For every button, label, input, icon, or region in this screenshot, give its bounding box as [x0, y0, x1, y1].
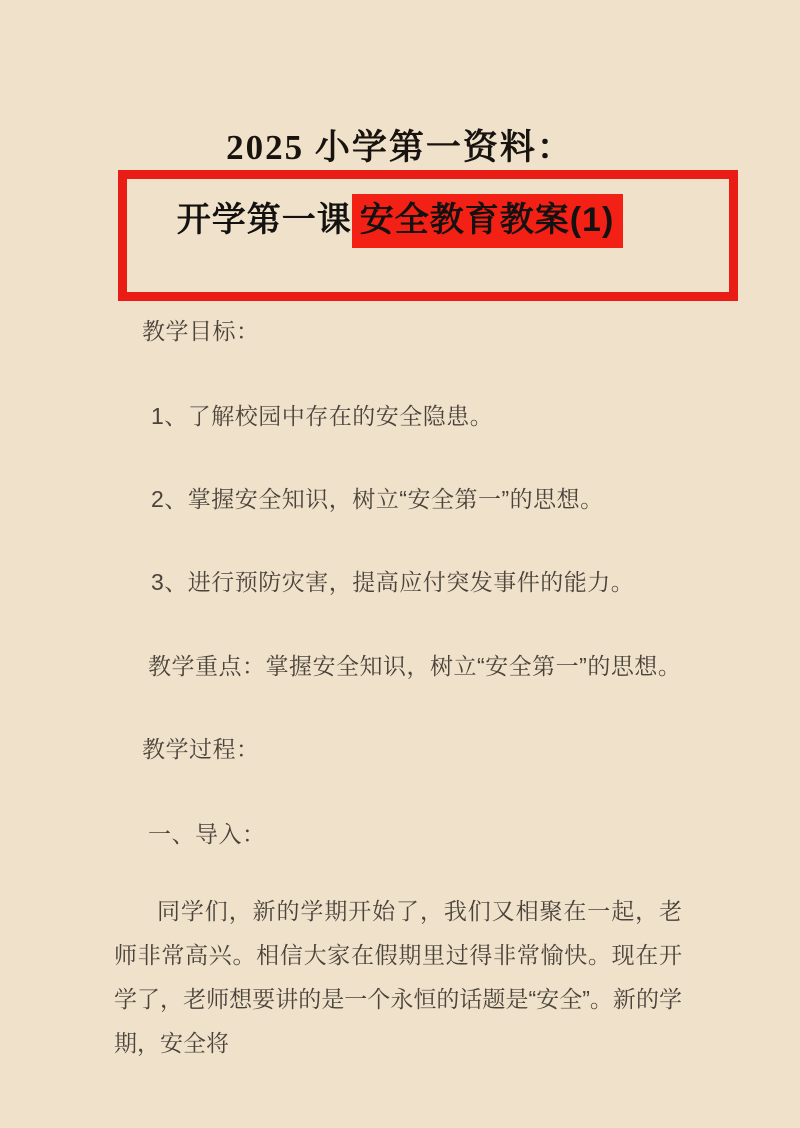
teaching-focus-line: 教学重点：掌握安全知识，树立“安全第一”的思想。 [148, 648, 768, 681]
document-page: 2025 小学第一资料： 开学第一课安全教育教案(1) 教学目标： 1、了解校园… [0, 0, 800, 1128]
objective-item-2: 2、掌握安全知识，树立“安全第一”的思想。 [151, 481, 771, 514]
objective-item-1: 1、了解校园中存在的安全隐患。 [151, 398, 771, 431]
lesson-title-highlight: 安全教育教案(1) [352, 194, 624, 248]
lesson-title: 开学第一课安全教育教案(1) [0, 192, 800, 241]
objective-item-3: 3、进行预防灾害，提高应付突发事件的能力。 [151, 564, 771, 597]
teaching-objectives-heading: 教学目标： [142, 313, 762, 346]
teaching-process-heading: 教学过程： [142, 731, 762, 764]
intro-paragraph: 同学们，新的学期开始了，我们又相聚在一起，老师非常高兴。相信大家在假期里过得非常… [114, 889, 682, 1065]
page-title: 2025 小学第一资料： [0, 120, 800, 170]
intro-section-heading: 一、导入： [148, 816, 768, 849]
lesson-title-prefix: 开学第一课 [177, 201, 352, 239]
